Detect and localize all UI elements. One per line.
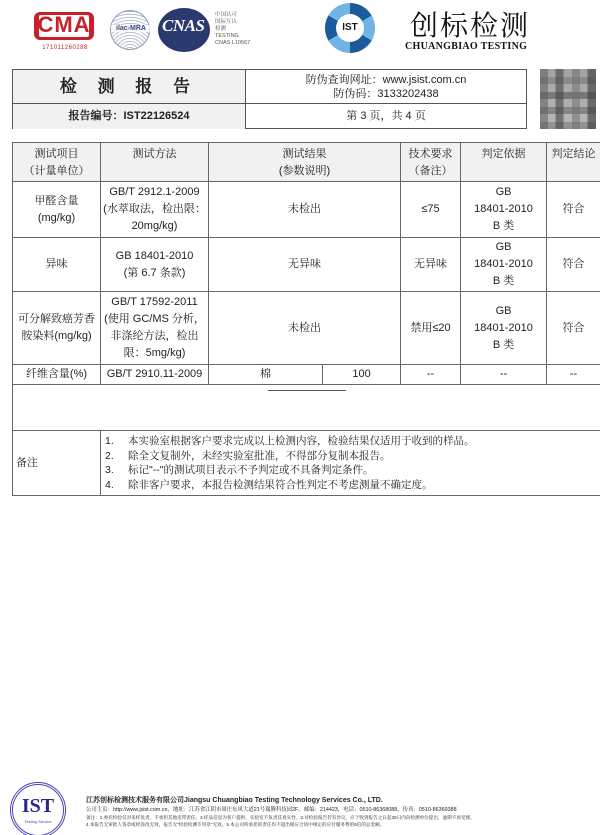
verification-info: 防伪查询网址：www.jsist.com.cn 防伪码：3133202438: [246, 70, 526, 104]
qr-code-icon: [540, 69, 596, 129]
ist-logo-icon: IST: [325, 3, 375, 53]
table-header-row: 测试项目（计量单位） 测试方法 测试结果(参数说明) 技术要求（备注） 判定依据…: [13, 143, 600, 182]
ilac-mra-logo: ilac-MRA: [110, 10, 150, 50]
report-title-block: 检 测 报 告 报告编号：IST22126524 防伪查询网址：www.jsis…: [12, 69, 527, 129]
cell-item: 异味: [13, 238, 101, 292]
stamp-text: IST: [13, 795, 63, 818]
note-item: 4.除非客户要求，本报告检测结果符合性判定不考虑测量不确定度。: [105, 478, 596, 493]
results-table: 测试项目（计量单位） 测试方法 测试结果(参数说明) 技术要求（备注） 判定依据…: [12, 142, 600, 496]
cell-result: 未检出: [209, 182, 401, 238]
cnas-info-line: CNAS L10567: [215, 40, 250, 47]
end-divider-line: [268, 390, 346, 391]
header-result: 测试结果(参数说明): [209, 143, 401, 182]
brand-name-cn: 创标检测: [410, 4, 530, 44]
table-row: 纤维含量(%) GB/T 2910.11-2009 棉 100 -- -- --: [13, 365, 600, 385]
note-item: 1.本实验室根据客户要求完成以上检测内容，检验结果仅适用于收到的样品。: [105, 434, 596, 449]
table-row: 可分解致癌芳香胺染料(mg/kg) GB/T 17592-2011(使用 GC/…: [13, 292, 600, 365]
table-row: 甲醛含量(mg/kg) GB/T 2912.1-2009(水萃取法，检出限：20…: [13, 182, 600, 238]
notes-list: 1.本实验室根据客户要求完成以上检测内容，检验结果仅适用于收到的样品。 2.除全…: [101, 431, 600, 496]
header-method: 测试方法: [101, 143, 209, 182]
end-of-table-cell: [13, 385, 600, 431]
footer-company: 江苏创标检测技术服务有限公司Jiangsu Chuangbiao Testing…: [86, 796, 598, 806]
cell-requirement: --: [401, 365, 461, 385]
cnas-info-line: 国际互认: [215, 19, 250, 26]
cell-requirement: 无异味: [401, 238, 461, 292]
brand-name-en: CHUANGBIAO TESTING: [405, 41, 527, 52]
cell-method: GB 18401-2010(第 6.7 条款): [101, 238, 209, 292]
footer-info: 江苏创标检测技术服务有限公司Jiangsu Chuangbiao Testing…: [86, 796, 598, 828]
notes-row: 备注 1.本实验室根据客户要求完成以上检测内容，检验结果仅适用于收到的样品。 2…: [13, 431, 600, 496]
cma-logo: CMA 171011260288: [34, 10, 96, 52]
notes-label: 备注: [13, 431, 101, 496]
cnas-info-line: 中国认可: [215, 12, 250, 19]
cell-basis: GB18401-2010B 类: [461, 182, 547, 238]
header-conclusion: 判定结论: [547, 143, 600, 182]
table-row: 异味 GB 18401-2010(第 6.7 条款) 无异味 无异味 GB184…: [13, 238, 600, 292]
cell-conclusion: 符合: [547, 238, 600, 292]
header-item: 测试项目（计量单位）: [13, 143, 101, 182]
cnas-logo-text: CNAS: [162, 16, 204, 36]
cell-item: 甲醛含量(mg/kg): [13, 182, 101, 238]
footer-contact: 公司主页：http://www.jsist.com.cn，地址：江苏省江阴市周庄…: [86, 806, 598, 814]
cell-requirement: 禁用≤20: [401, 292, 461, 365]
cell-method: GB/T 2910.11-2009: [101, 365, 209, 385]
cell-method: GB/T 2912.1-2009(水萃取法，检出限：20mg/kg): [101, 182, 209, 238]
header-requirement: 技术要求（备注）: [401, 143, 461, 182]
cell-requirement: ≤75: [401, 182, 461, 238]
cell-basis: --: [461, 365, 547, 385]
cell-basis: GB18401-2010B 类: [461, 238, 547, 292]
cell-method: GB/T 17592-2011(使用 GC/MS 分析，非涤纶方法，检出限：5m…: [101, 292, 209, 365]
stamp-subtext: Testing Service: [13, 819, 63, 824]
cell-result-value: 100: [323, 365, 401, 385]
cell-conclusion: 符合: [547, 182, 600, 238]
cell-basis: GB18401-2010B 类: [461, 292, 547, 365]
cell-result: 未检出: [209, 292, 401, 365]
cma-logo-text: CMA: [34, 12, 94, 40]
table-end-row: [13, 385, 600, 431]
header-logos: CMA 171011260288 ilac-MRA CNAS 中国认可 国际互认…: [0, 0, 600, 62]
footer-remark: 4.本报告无审批人签章或经涂改无效，报告无"检验检测专用章"无效。5.本公司所承…: [86, 821, 598, 828]
verify-url: 防伪查询网址：www.jsist.com.cn: [246, 73, 526, 87]
cell-item: 可分解致癌芳香胺染料(mg/kg): [13, 292, 101, 365]
note-item: 3.标记"--"的测试项目表示不予判定或不具备判定条件。: [105, 463, 596, 478]
cell-result-fiber: 棉: [209, 365, 323, 385]
cnas-info-line: TESTING: [215, 33, 250, 40]
ilac-mra-text: ilac-MRA: [111, 25, 151, 32]
cell-conclusion: 符合: [547, 292, 600, 365]
cma-number: 171011260288: [34, 45, 96, 51]
ist-logo-text: IST: [336, 14, 364, 42]
cnas-info: 中国认可 国际互认 检测 TESTING CNAS L10567: [215, 12, 250, 47]
note-item: 2.除全文复制外，未经实验室批准，不得部分复制本报告。: [105, 449, 596, 464]
page-info: 第 3 页，共 4 页: [246, 104, 526, 129]
cell-result: 无异味: [209, 238, 401, 292]
verify-code: 防伪码：3133202438: [246, 87, 526, 101]
cell-item: 纤维含量(%): [13, 365, 101, 385]
cell-conclusion: --: [547, 365, 600, 385]
header-basis: 判定依据: [461, 143, 547, 182]
company-stamp-icon: IST Testing Service: [10, 782, 66, 835]
report-title: 检 测 报 告: [13, 70, 246, 104]
footer-remark: 备注：1.委托检验仅对来样负责，不承担其他连带责任。2.样品信息为客户提供，实验…: [86, 814, 598, 821]
cnas-info-line: 检测: [215, 26, 250, 33]
report-number: 报告编号：IST22126524: [13, 104, 246, 129]
